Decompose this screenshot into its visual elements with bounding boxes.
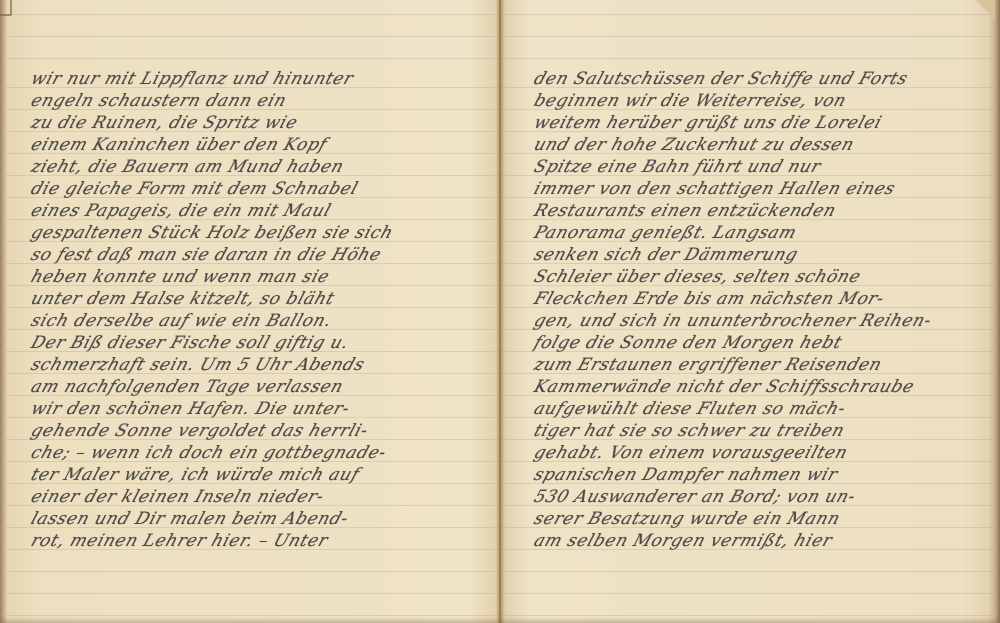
handwritten-line: lassen und Dir malen beim Abend- [28,508,488,530]
handwritten-line: am nachfolgenden Tage verlassen [28,376,488,398]
handwritten-line: Kammerwände nicht der Schiffsschraube [531,376,985,398]
handwritten-line: rot, meinen Lehrer hier. – Unter [28,530,488,552]
handwritten-line: tiger hat sie so schwer zu treiben [531,420,985,442]
handwritten-line: einer der kleinen Inseln nieder- [28,486,488,508]
handwritten-line: zum Erstaunen ergriffener Reisenden [531,354,985,376]
left-page-text: wir nur mit Lippflanz und hinunter engel… [0,68,499,552]
handwritten-line: weitem herüber grüßt uns die Lorelei [531,112,985,134]
handwritten-line: Spitze eine Bahn führt und nur [531,156,985,178]
handwritten-line: zu die Ruinen, die Spritz wie [28,112,488,134]
handwritten-line: wir den schönen Hafen. Die unter- [28,398,488,420]
handwritten-line: beginnen wir die Weiterreise, von [531,90,985,112]
handwritten-line: den Salutschüssen der Schiffe und Forts [531,68,985,90]
handwritten-line: und der hohe Zuckerhut zu dessen [531,134,985,156]
handwritten-line: Restaurants einen entzückenden [531,200,985,222]
handwritten-line: eines Papageis, die ein mit Maul [28,200,488,222]
handwritten-line: Fleckchen Erde bis am nächsten Mor- [531,288,985,310]
handwritten-line: gespaltenen Stück Holz beißen sie sich [28,222,488,244]
handwritten-line: am selben Morgen vermißt, hier [531,530,985,552]
handwritten-line: heben konnte und wenn man sie [28,266,488,288]
right-page: den Salutschüssen der Schiffe und Forts … [501,0,1000,623]
handwritten-line: 530 Auswanderer an Bord; von un- [531,486,985,508]
handwritten-line: immer von den schattigen Hallen eines [531,178,985,200]
handwritten-line: spanischen Dampfer nahmen wir [531,464,985,486]
handwritten-line: Der Biß dieser Fische soll giftig u. [28,332,488,354]
handwritten-line: einem Kaninchen über den Kopf [28,134,488,156]
handwritten-line: ter Maler wäre, ich würde mich auf [28,464,488,486]
handwritten-line: die gleiche Form mit dem Schnabel [28,178,488,200]
handwritten-line: Panorama genießt. Langsam [531,222,985,244]
page-bottom-shadow [0,617,1000,623]
notebook-spread: wir nur mit Lippflanz und hinunter engel… [0,0,1000,623]
handwritten-line: so fest daß man sie daran in die Höhe [28,244,488,266]
handwritten-line: che; – wenn ich doch ein gottbegnade- [28,442,488,464]
corner-mark [0,0,12,16]
handwritten-line: sich derselbe auf wie ein Ballon. [28,310,488,332]
handwritten-line: wir nur mit Lippflanz und hinunter [28,68,488,90]
handwritten-line: engeln schaustern dann ein [28,90,488,112]
right-page-text: den Salutschüssen der Schiffe und Forts … [501,68,1000,552]
handwritten-line: gehabt. Von einem vorausgeeilten [531,442,985,464]
handwritten-line: aufgewühlt diese Fluten so mäch- [531,398,985,420]
handwritten-line: Schleier über dieses, selten schöne [531,266,985,288]
handwritten-line: folge die Sonne den Morgen hebt [531,332,985,354]
handwritten-line: serer Besatzung wurde ein Mann [531,508,985,530]
handwritten-line: gen, und sich in ununterbrochener Reihen… [531,310,985,332]
left-page: wir nur mit Lippflanz und hinunter engel… [0,0,499,623]
handwritten-line: unter dem Halse kitzelt, so bläht [28,288,488,310]
handwritten-line: zieht, die Bauern am Mund haben [28,156,488,178]
handwritten-line: schmerzhaft sein. Um 5 Uhr Abends [28,354,488,376]
handwritten-line: gehende Sonne vergoldet das herrli- [28,420,488,442]
handwritten-line: senken sich der Dämmerung [531,244,985,266]
